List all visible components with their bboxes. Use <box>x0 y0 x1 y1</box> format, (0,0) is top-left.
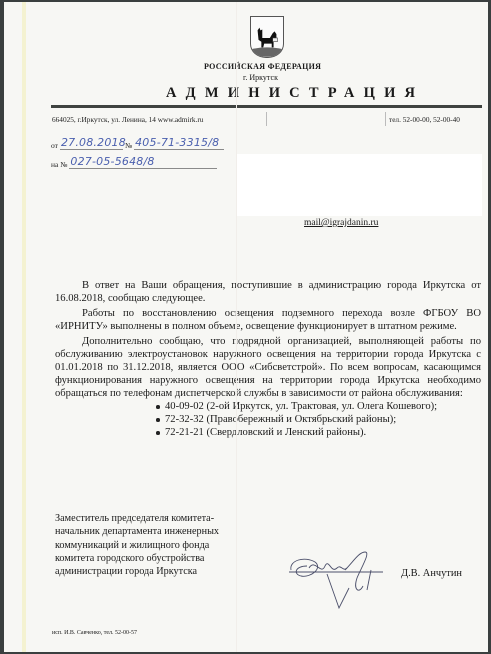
number-prefix: № <box>125 141 132 150</box>
signer-name: Д.В. Анчутин <box>401 568 462 579</box>
signer-position: Заместитель председателя комитета- начал… <box>55 512 219 578</box>
redacted-recipient-block <box>236 154 482 216</box>
body-paragraph: Дополнительно сообщаю, что подрядной орг… <box>55 335 481 400</box>
phone-line: тел. 52-00-00, 52-00-40 <box>389 115 460 124</box>
phone-list-item: 72-32-32 (Правобережный и Октябрьский ра… <box>155 413 481 426</box>
organization-title: АДМИНИСТРАЦИЯ <box>166 85 424 102</box>
handwritten-signature-icon <box>287 550 397 614</box>
irkutsk-coat-of-arms-icon <box>250 16 284 58</box>
header-divider <box>51 105 482 108</box>
phone-divider <box>385 112 386 126</box>
signer-title-line: администрации города Иркутска <box>55 565 219 578</box>
handwritten-number: 405-71-3315/8 <box>134 137 224 150</box>
handwritten-date: 27.08.2018 <box>60 137 123 150</box>
incoming-prefix: на № <box>51 160 67 169</box>
body-paragraph: Работы по восстановлению освещения подзе… <box>55 307 481 333</box>
phone-list-item: 72-21-21 (Свердловский и Ленский районы)… <box>155 426 481 439</box>
city-label: г. Иркутск <box>243 73 278 82</box>
outgoing-reference: от 27.08.2018 № 405-71-3315/8 <box>51 137 226 150</box>
signer-title-line: Заместитель председателя комитета- <box>55 512 219 525</box>
executor-note: исп. И.В. Савченко, тел. 52-00-57 <box>52 630 137 636</box>
signer-title-line: коммуникаций и жилищного фонда <box>55 539 219 552</box>
letter-body: В ответ на Ваши обращения, поступившие в… <box>55 279 481 439</box>
incoming-reference: на № 027-05-5648/8 <box>51 156 219 169</box>
body-paragraph: В ответ на Ваши обращения, поступившие в… <box>55 279 481 305</box>
country-label: РОССИЙСКАЯ ФЕДЕРАЦИЯ <box>204 62 321 71</box>
address-divider <box>266 112 267 126</box>
address-line: 664025, г.Иркутск, ул. Ленина, 14 www.ad… <box>52 115 203 124</box>
signer-title-line: комитета городского обустройства <box>55 552 219 565</box>
signer-title-line: начальник департамента инженерных <box>55 525 219 538</box>
handwritten-incoming-number: 027-05-5648/8 <box>69 156 217 169</box>
letter-page: РОССИЙСКАЯ ФЕДЕРАЦИЯ г. Иркутск АДМИНИСТ… <box>4 2 488 652</box>
dispatcher-phone-list: 40-09-02 (2-ой Иркутск, ул. Трактовая, у… <box>155 400 481 439</box>
phone-list-item: 40-09-02 (2-ой Иркутск, ул. Трактовая, у… <box>155 400 481 413</box>
recipient-email: mail@igrajdanin.ru <box>304 218 378 228</box>
date-prefix: от <box>51 141 58 150</box>
